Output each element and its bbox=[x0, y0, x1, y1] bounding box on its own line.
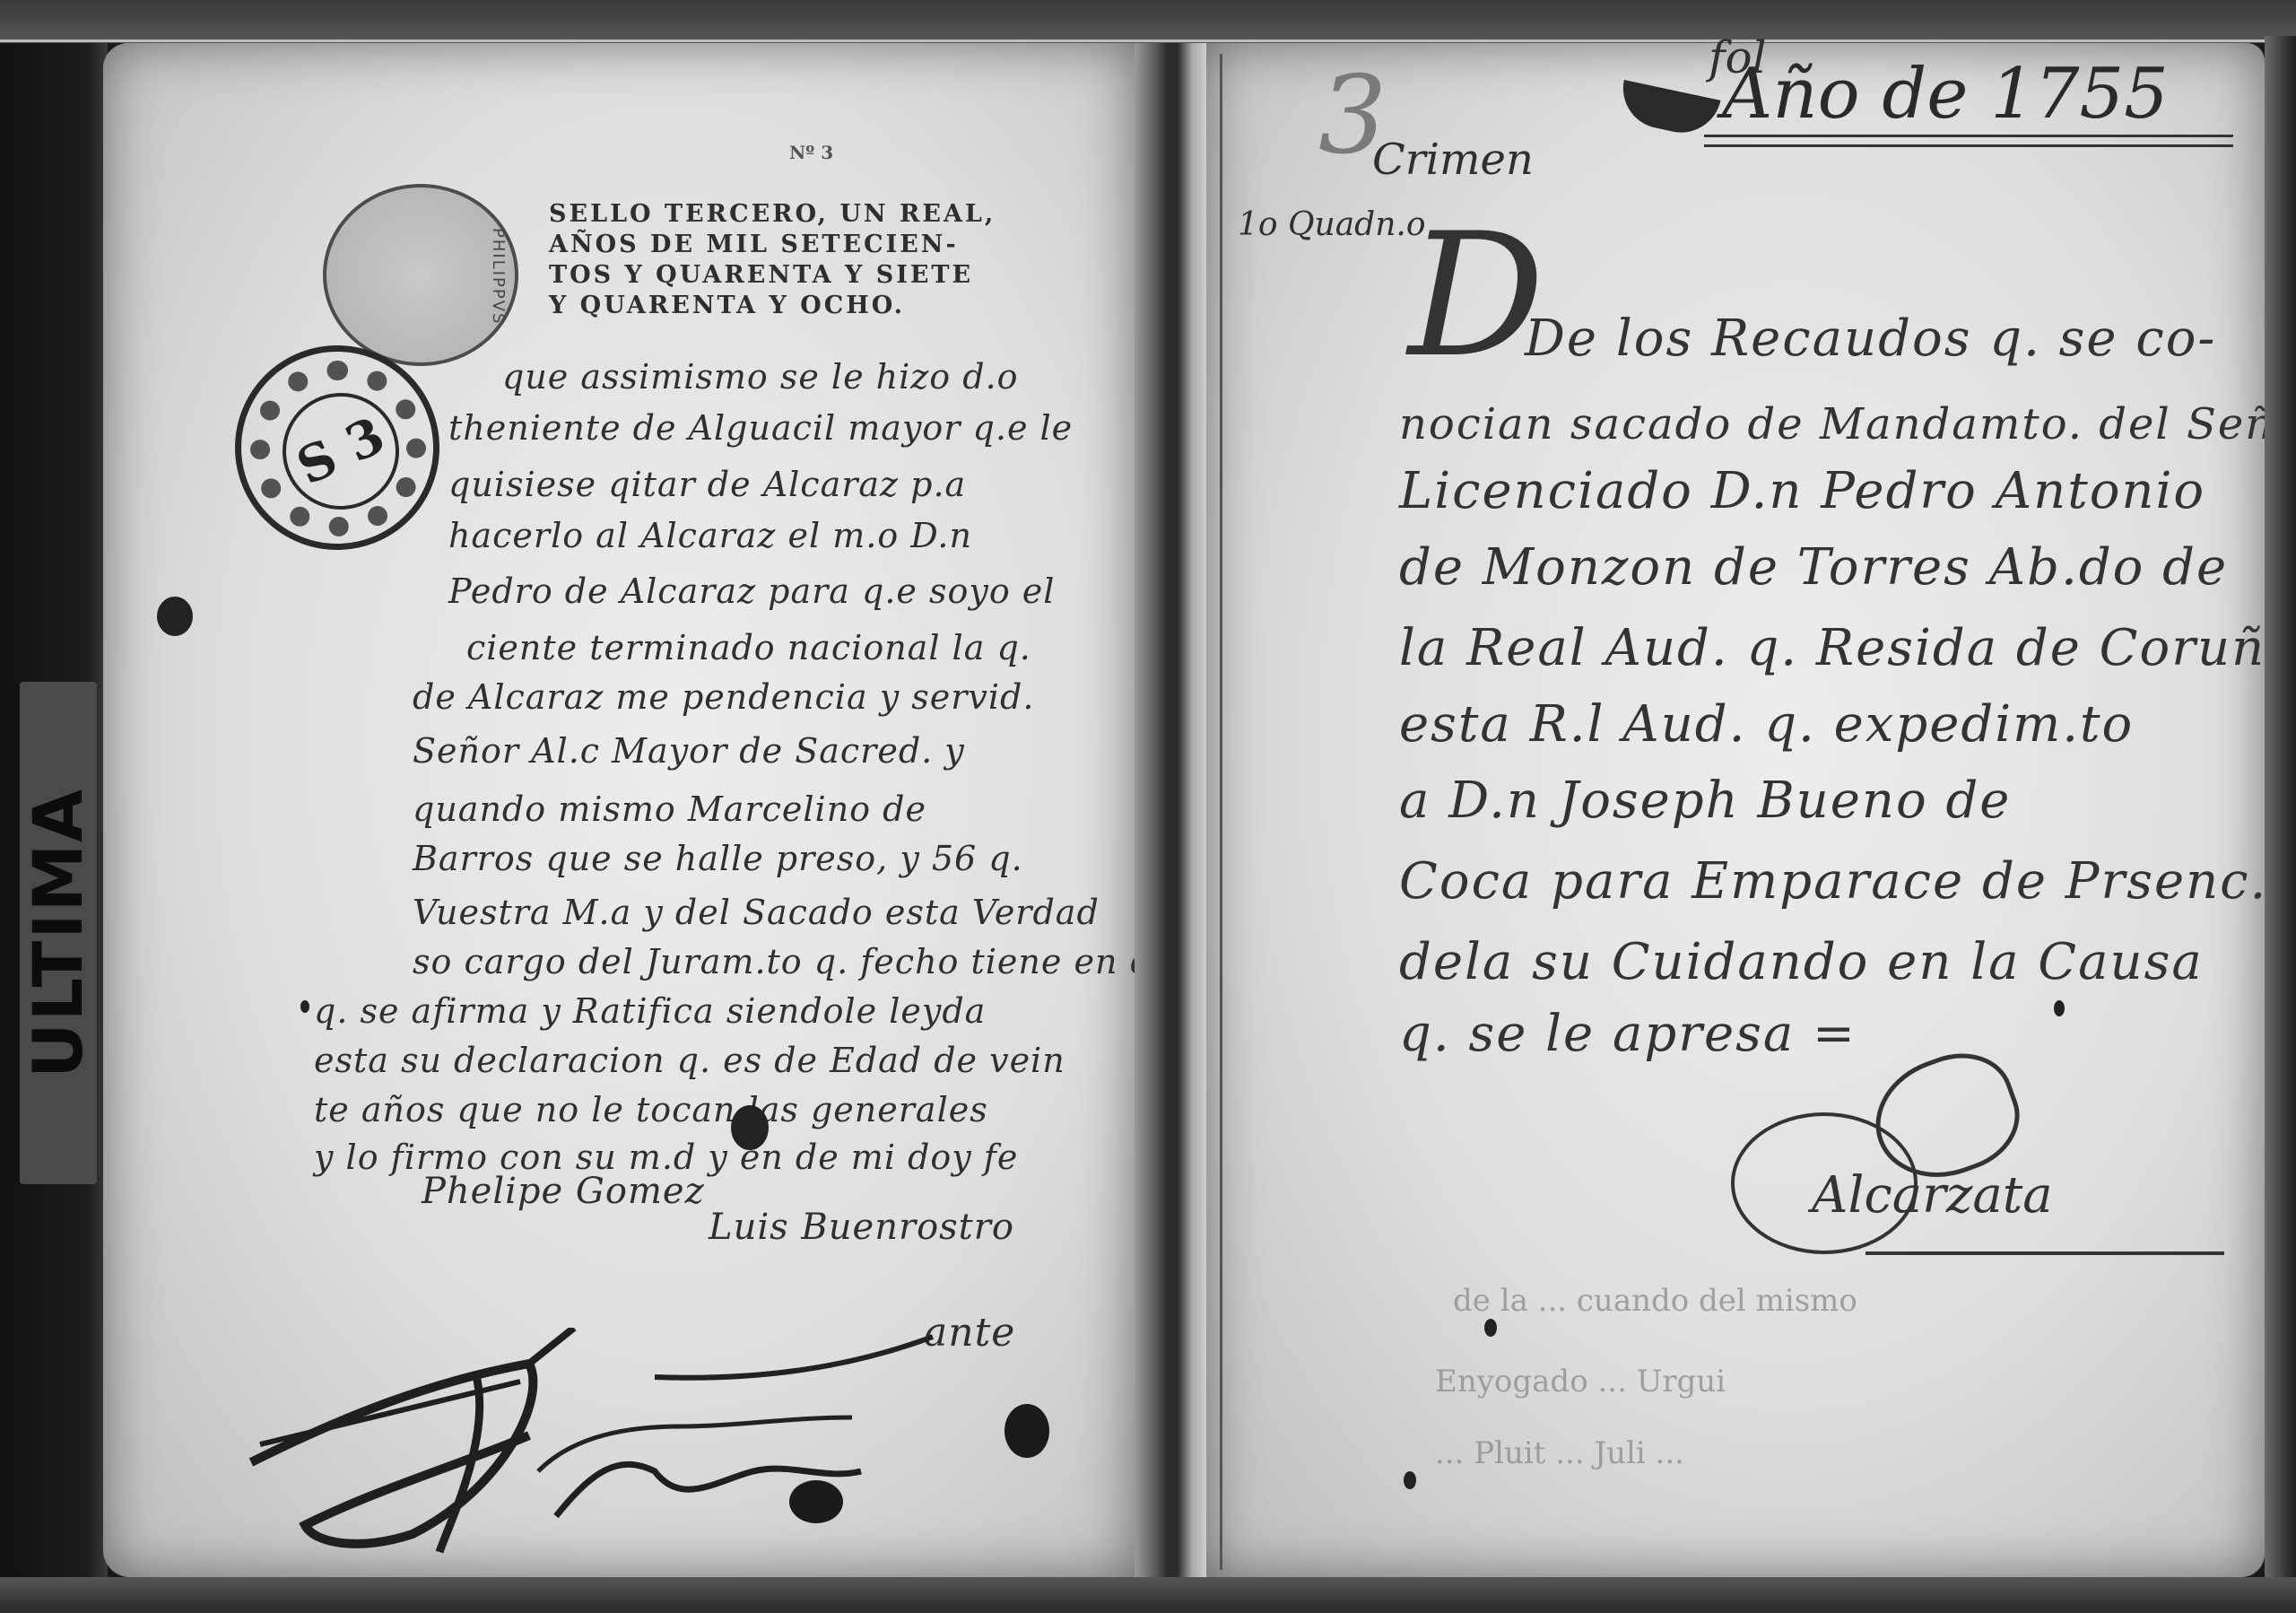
film-margin-right bbox=[2265, 36, 2296, 1597]
left-text-line: quisiese qitar de Alcaraz p.a bbox=[448, 465, 966, 504]
right-text-line: de Monzon de Torres Ab.do de bbox=[1399, 538, 2228, 597]
right-text-line: a D.n Joseph Bueno de bbox=[1399, 772, 2011, 830]
faint-bleedthrough-line: Enyogado ... Urgui bbox=[1435, 1364, 1726, 1399]
left-text-line: Vuestra M.a y del Sacado esta Verdad bbox=[413, 893, 1100, 932]
left-text-line: theniente de Alguacil mayor q.e le bbox=[448, 408, 1073, 448]
ink-blot bbox=[157, 597, 193, 636]
left-text-line: Señor Al.c Mayor de Sacred. y bbox=[413, 731, 965, 771]
margin-rule-line bbox=[1220, 54, 1222, 1570]
left-text-line: Pedro de Alcaraz para q.e soyo el bbox=[448, 571, 1055, 611]
sello-line: AÑOS DE MIL SETECIEN- bbox=[549, 230, 1141, 260]
book-binding-gutter bbox=[1135, 43, 1206, 1577]
left-text-line: hacerlo al Alcaraz el m.o D.n bbox=[448, 516, 972, 555]
right-text-line: dela su Cuidando en la Causa bbox=[1399, 933, 2204, 991]
right-text-line: q. se le apresa = bbox=[1399, 1005, 1857, 1063]
ink-dot bbox=[1484, 1319, 1497, 1337]
ink-blot bbox=[731, 1105, 769, 1150]
signature-name: Alcarzata bbox=[1812, 1166, 2053, 1225]
left-text-line: so cargo del Juram.to q. fecho tiene en … bbox=[413, 942, 1162, 981]
faint-bleedthrough-line: de la ... cuando del mismo bbox=[1453, 1283, 1857, 1319]
ink-dot bbox=[1404, 1471, 1416, 1489]
film-frame-top bbox=[0, 0, 2296, 43]
right-text-line: la Real Aud. q. Resida de Coruña bbox=[1399, 619, 2296, 677]
ultima-pasada-label: ULTIMA PASADA bbox=[20, 682, 97, 1184]
sello-line: Y QUARENTA Y OCHO. bbox=[549, 291, 1141, 321]
right-text-line: Coca para Emparace de Prsenc.a bbox=[1399, 852, 2296, 911]
left-text-line: esta su declaracion q. es de Edad de vei… bbox=[314, 1041, 1065, 1080]
left-text-line: ciente terminado nacional la q. bbox=[466, 628, 1031, 667]
year-heading-underline bbox=[1704, 135, 2233, 147]
year-heading: Año de 1755 bbox=[1722, 54, 2169, 135]
left-text-line: de Alcaraz me pendencia y servid. bbox=[413, 677, 1034, 717]
embossed-seal-icon: PHILIPPVS bbox=[323, 184, 518, 366]
folio-note: 1o Quadn.o bbox=[1238, 206, 1426, 243]
sello-line: TOS Y QUARENTA Y SIETE bbox=[549, 260, 1141, 291]
sello-header-mark: Nº 3 bbox=[789, 142, 833, 163]
left-text-line: q. se afirma y Ratifica siendole leyda bbox=[314, 991, 986, 1031]
sello-tercero-block: SELLO TERCERO, UN REAL, AÑOS DE MIL SETE… bbox=[549, 199, 1141, 321]
notarial-sign-flourish-icon bbox=[233, 1328, 1040, 1561]
ink-dot bbox=[300, 1000, 309, 1013]
left-text-line: que assimismo se le hizo d.o bbox=[502, 357, 1019, 397]
right-text-line: De los Recaudos q. se co- bbox=[1525, 310, 2216, 368]
crimen-heading: Crimen bbox=[1372, 135, 1534, 185]
seal-inscription: PHILIPPVS bbox=[489, 228, 508, 325]
left-text-line: quando mismo Marcelino de bbox=[413, 789, 926, 829]
signature-underline bbox=[1865, 1251, 2224, 1255]
right-text-line: esta R.l Aud. q. expedim.to bbox=[1399, 695, 2134, 754]
right-text-line: Licenciado D.n Pedro Antonio bbox=[1399, 462, 2205, 520]
signature-phelipe-gomez: Phelipe Gomez bbox=[422, 1171, 705, 1212]
signature-luis-buenrostro: Luis Buenrostro bbox=[709, 1207, 1014, 1248]
left-text-line: te años que no le tocan las generales bbox=[314, 1090, 988, 1129]
faint-bleedthrough-line: ... Pluit ... Juli ... bbox=[1435, 1435, 1684, 1471]
film-frame-bottom bbox=[0, 1577, 2296, 1613]
scan-line-artifact bbox=[0, 39, 2296, 42]
circular-stamp-icon: S 3 bbox=[235, 345, 439, 550]
left-text-line: Barros que se halle preso, y 56 q. bbox=[413, 839, 1023, 878]
sello-line: SELLO TERCERO, UN REAL, bbox=[549, 199, 1141, 230]
ink-dot bbox=[2054, 1000, 2065, 1016]
signature-flourish-icon: Alcarzata bbox=[1731, 1094, 2233, 1274]
right-text-line: nocian sacado de Mandamto. del Señor bbox=[1399, 399, 2296, 449]
